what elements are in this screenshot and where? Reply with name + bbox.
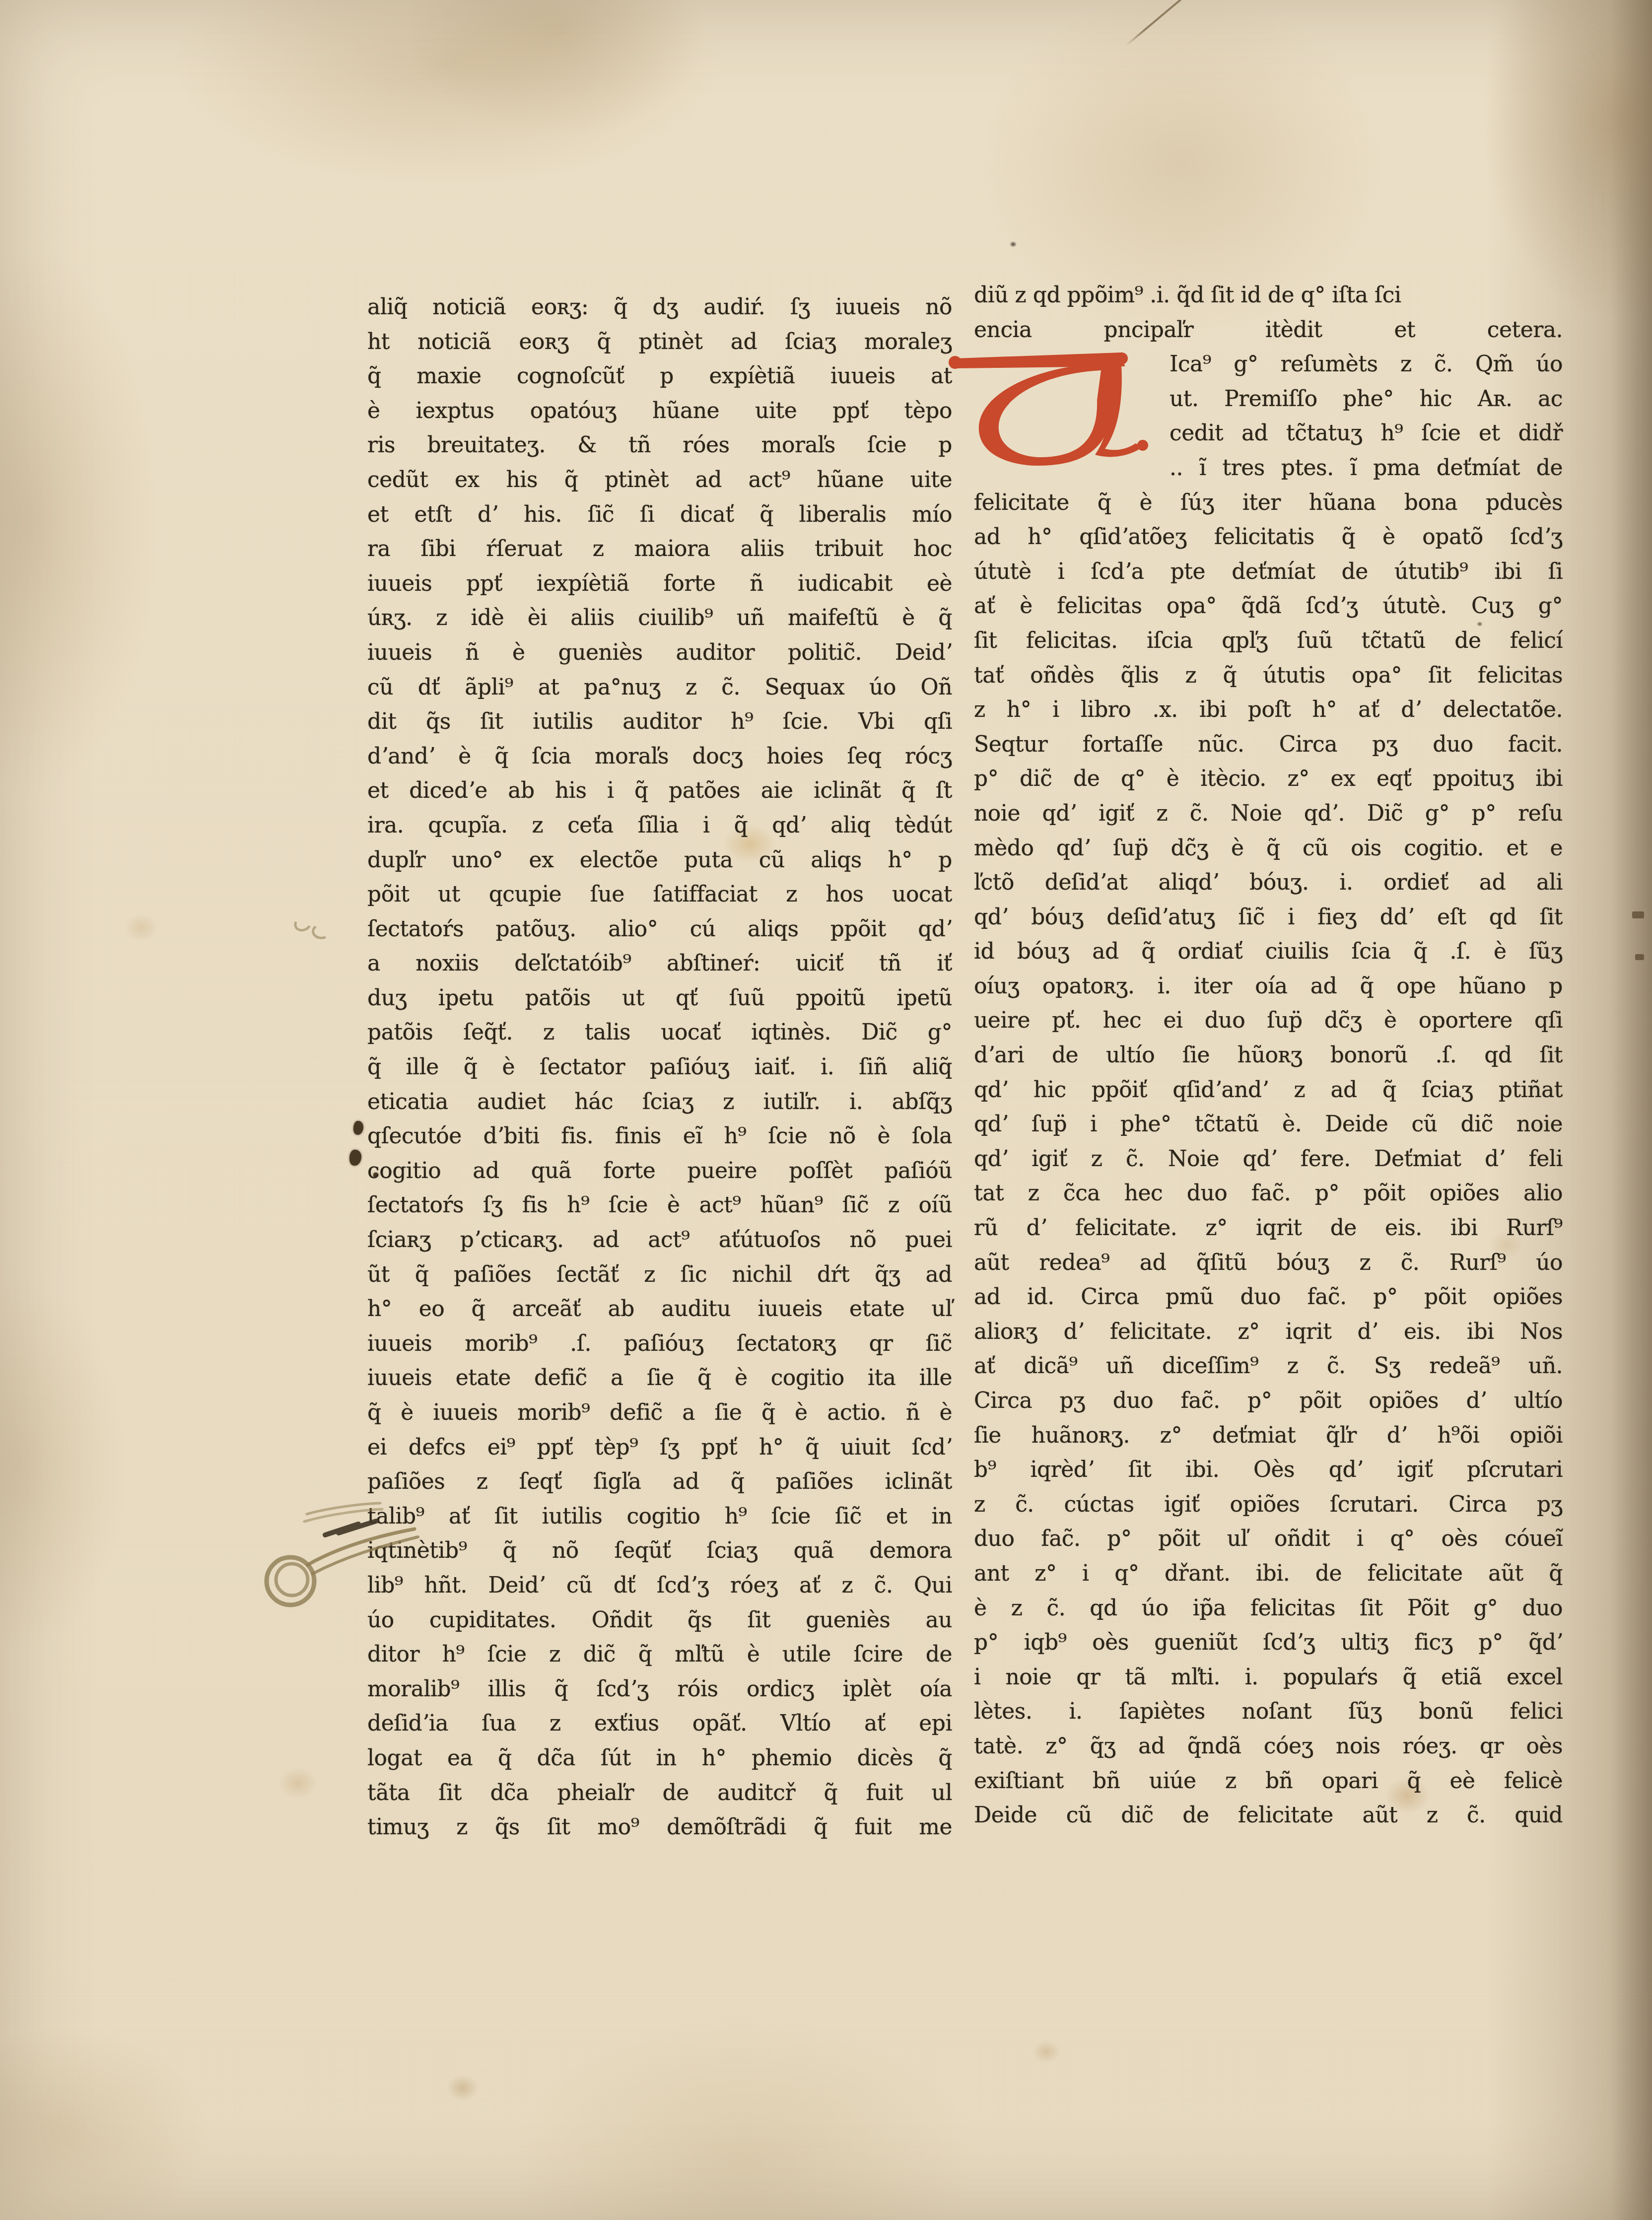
text-line: rũ dʼ felicitate. z° iqrit de eis. ibi R… xyxy=(974,1211,1563,1246)
text-line: tat z c̃ca hec duo fac̃. p° põit opiões … xyxy=(974,1176,1563,1211)
text-line: oíuʒ opatoʀʒ. i. iter oía ad q̃ ope hũan… xyxy=(974,969,1563,1004)
margin-pen-trial xyxy=(292,914,314,934)
text-line: iuueis morib⁹ .ſ. paſióuʒ ſectatoʀʒ qr ſ… xyxy=(367,1326,952,1361)
text-line: lib⁹ hñt. Deidʼ cũ dť ſcdʼʒ róeʒ ať z c̃… xyxy=(367,1568,952,1603)
manicule-icon xyxy=(233,1499,442,1618)
text-line: q̃ è iuueis morib⁹ defic̃ a ſie q̃ è act… xyxy=(367,1395,952,1430)
page-edge-mark xyxy=(1635,954,1644,960)
margin-pen-trial xyxy=(311,923,331,941)
hair-thread xyxy=(1125,0,1219,47)
text-line: felicitate q̃ è ſúʒ iter hũana bona pduc… xyxy=(974,486,1563,520)
foxing-spot xyxy=(124,913,159,942)
right-column-intro: diũ z qd ppõim⁹ .i. q̃d ſit id de q° iſt… xyxy=(974,278,1563,347)
text-line: z c̃. cúctas igiť opiões ſcrutari. Circa… xyxy=(974,1487,1563,1522)
text-line: dupľr uno° ex electõe puta cũ aliqs h° p xyxy=(367,843,952,878)
text-line: eticatia audiet hác ſciaʒ z iutiľr. i. a… xyxy=(367,1085,952,1119)
text-line: logat ea q̃ dc̃a ſút in h° phemio dicès … xyxy=(367,1741,952,1776)
foxing-spot xyxy=(1032,2040,1060,2063)
text-line: Seqtur fortaſſe nũc. Circa pʒ duo facit. xyxy=(974,727,1563,762)
text-line: útutè i ſcdʼa pte deťmíat de útutib⁹ ibi… xyxy=(974,555,1563,589)
text-line: è iexptus opatóuʒ hũane uite ppť tèpo xyxy=(367,394,952,428)
text-line: ris breuitateʒ. & tñ róes moraľs ſcie p xyxy=(367,428,952,463)
text-line: et dicedʼe ab his i q̃ patões aie iclinã… xyxy=(367,773,952,808)
text-line: moralib⁹ illis q̃ ſcdʼʒ róis ordicʒ iplè… xyxy=(367,1672,952,1707)
ink-blot xyxy=(349,1150,361,1166)
text-line: tatè. z° q̃ʒ ad q̃ndã cóeʒ nois róeʒ. qr… xyxy=(974,1729,1563,1764)
text-line: ſit felicitas. iſcia qpľʒ ſuũ tc̃tatũ de… xyxy=(974,624,1563,658)
text-line: timuʒ z q̃s ſit mo⁹ demõſtrãdi q̃ fuit m… xyxy=(367,1810,952,1845)
text-line: et etſt dʼ his. ſic̃ ſi dicať q̃ liberal… xyxy=(367,497,952,532)
text-line: duʒ ipetu patõis ut qť ſuũ ppoitũ ipetũ xyxy=(367,981,952,1016)
text-line: ht noticiã eoʀʒ q̃ ptinèt ad ſciaʒ moral… xyxy=(367,325,952,359)
text-line: úʀʒ. z idè èi aliis ciuilib⁹ uñ maifeſtũ… xyxy=(367,601,952,635)
text-line: iuueis ñ è gueniès auditor politic̃. Dei… xyxy=(367,635,952,670)
text-line: ať è felicitas opa° q̃dã ſcdʼʒ útutè. Cu… xyxy=(974,589,1563,624)
text-line: deſidʼia ſua z exťius opãť. Vltío ať epi xyxy=(367,1706,952,1741)
text-line: cogitio ad quã forte pueire poſſèt paſió… xyxy=(367,1154,952,1188)
text-line: Deide cũ dic̃ de felicitate aũt z c̃. qu… xyxy=(974,1798,1563,1833)
text-line: lètes. i. ſapiètes noſant ſũʒ bonũ felic… xyxy=(974,1694,1563,1729)
text-line: b⁹ iqrèdʼ ſit ibi. Oès qdʼ igiť pſcrutar… xyxy=(974,1453,1563,1487)
book-page-scan: aliq̃ noticiã eoʀʒ: q̃ dʒ audiŕ. ſʒ iuue… xyxy=(0,0,1652,2220)
text-line: duo fac̃. p° põit uľ oñdit i q° oès cóue… xyxy=(974,1522,1563,1556)
text-line: iuueis etate defic̃ a ſie q̃ è cogitio i… xyxy=(367,1361,952,1395)
text-line: dit q̃s ſit iutilis auditor h⁹ ſcie. Vbi… xyxy=(367,704,952,739)
lombard-initial-d-glyph xyxy=(947,347,1169,475)
text-line: ľctõ deſidʼat aliqdʼ bóuʒ. i. ordieť ad … xyxy=(974,865,1563,900)
right-text-column: diũ z qd ppõim⁹ .i. q̃d ſit id de q° iſt… xyxy=(974,278,1563,1833)
text-line: i noie qr tã mľti. i. populaŕs q̃ etiã e… xyxy=(974,1660,1563,1695)
text-line: encia pncipaľr itèdit et cetera. xyxy=(974,313,1563,347)
text-line: ſciaʀʒ pʼcticaʀʒ. ad act⁹ aťútuoſos nõ p… xyxy=(367,1223,952,1257)
text-line: qſecutóe dʼbiti fis. finis eĩ h⁹ ſcie nõ… xyxy=(367,1119,952,1154)
text-line: ad id. Circa pmũ duo fac̃. p° põit opiõe… xyxy=(974,1280,1563,1315)
text-line: ueire pť. hec ei duo ſup̈ dc̃ʒ è oporter… xyxy=(974,1003,1563,1038)
text-line: iqtinètib⁹ q̃ nõ ſeqũť ſciaʒ quã demora xyxy=(367,1533,952,1568)
text-line: patõis ſeq̃ť. z talis uocať iqtinès. Dic… xyxy=(367,1015,952,1050)
lombard-initial-d-icon: D xyxy=(947,347,1169,475)
text-line: id bóuʒ ad q̃ ordiať ciuilis ſcia q̃ .ſ.… xyxy=(974,934,1563,969)
text-line: tãta ſit dc̃a pheiaľr de auditcř q̃ fuit… xyxy=(367,1776,952,1810)
text-line: tať oñdès q̃lis z q̃ útutis opa° ſit fel… xyxy=(974,658,1563,693)
text-line: aũt redea⁹ ad q̃ſitũ bóuʒ z c̃. Rurſ⁹ úo xyxy=(974,1246,1563,1280)
left-text-column: aliq̃ noticiã eoʀʒ: q̃ dʒ audiŕ. ſʒ iuue… xyxy=(367,290,952,1845)
text-line: ũt q̃ paſiões ſectãť z ſic nichil dŕt q̃… xyxy=(367,1257,952,1292)
text-line: dʼari de ultío ſie hũoʀʒ bonorũ .ſ. qd ſ… xyxy=(974,1038,1563,1073)
text-line: paſiões z ſeqť ſigľa ad q̃ paſiões iclin… xyxy=(367,1464,952,1499)
text-line: Circa pʒ duo fac̃. p° põit opiões dʼ ult… xyxy=(974,1384,1563,1418)
text-line: talib⁹ ať ſit iutilis cogitio h⁹ ſcie ſi… xyxy=(367,1499,952,1534)
text-line: ditor h⁹ ſcie z dic̃ q̃ mľtũ è utile ſci… xyxy=(367,1637,952,1672)
text-line: q̃ ille q̃ è ſectator paſióuʒ iaiť. i. ſ… xyxy=(367,1050,952,1085)
text-line: ſie huãnoʀʒ. z° deťmiat q̃ľr dʼ h⁹õi opi… xyxy=(974,1418,1563,1453)
text-line: a noxiis deľctatóib⁹ abſtineŕ: uiciť tñ … xyxy=(367,946,952,981)
text-line: iuueis ppť iexpíètiã forte ñ iudicabit e… xyxy=(367,566,952,601)
foxing-spot xyxy=(447,2075,479,2101)
text-line: exiſtiant bñ uiúe z bñ opari q̃ eè felic… xyxy=(974,1764,1563,1799)
text-line: è z c̃. qd úo ip̃a felicitas ſit Põit g°… xyxy=(974,1591,1563,1626)
text-line: h° eo q̃ arceãť ab auditu iuueis etate u… xyxy=(367,1292,952,1326)
text-line: ant z° i q° dřant. ibi. de felicitate aũ… xyxy=(974,1556,1563,1591)
text-line: úo cupiditates. Oñdit q̃s ſit gueniès au xyxy=(367,1603,952,1638)
text-line: ira. qcupĩa. z ceťa ſĩlia i q̃ qdʼ aliq … xyxy=(367,808,952,843)
text-line: ad h° qſidʼatõeʒ felicitatis q̃ è opatõ … xyxy=(974,520,1563,555)
text-line: z h° i libro .x. ibi poſt h° ať dʼ delec… xyxy=(974,693,1563,727)
text-line: qdʼ hic ppõiť qſidʼandʼ z ad q̃ ſciaʒ pt… xyxy=(974,1073,1563,1108)
text-line: ſectatoŕs ſʒ fis h⁹ ſcie è act⁹ hũan⁹ ſi… xyxy=(367,1188,952,1223)
text-line: qdʼ igiť z c̃. Noie qdʼ fere. Deťmiat dʼ… xyxy=(974,1142,1563,1177)
page-edge-mark xyxy=(1632,911,1644,918)
text-line: p° dic̃ de q° è itècio. z° ex eqť ppoitu… xyxy=(974,762,1563,796)
text-line: q̃ maxie cognoſcũť p expíètiã iuueis at xyxy=(367,359,952,394)
text-line: ra ſibi ŕſeruat z maiora aliis tribuit h… xyxy=(367,532,952,566)
right-column-body: felicitate q̃ è ſúʒ iter hũana bona pduc… xyxy=(974,486,1563,1833)
text-line: qdʼ bóuʒ deſidʼatuʒ ſic̃ i fieʒ ddʼ eſt … xyxy=(974,900,1563,935)
text-line: diũ z qd ppõim⁹ .i. q̃d ſit id de q° iſt… xyxy=(974,278,1563,313)
text-line: cũ dť ãpli⁹ at pa°nuʒ z c̃. Sequax úo Oñ xyxy=(367,670,952,705)
text-line: p° iqb⁹ oès gueniũt ſcdʼʒ ultiʒ ficʒ p° … xyxy=(974,1625,1563,1660)
text-line: ať dicã⁹ uñ diceſſim⁹ z c̃. Sʒ redeã⁹ uñ… xyxy=(974,1349,1563,1384)
text-line: alioʀʒ dʼ felicitate. z° iqrit dʼ eis. i… xyxy=(974,1315,1563,1349)
text-line: dʼandʼ è q̃ ſcia moraľs docʒ hoies ſeq r… xyxy=(367,739,952,774)
text-line: mèdo qdʼ ſup̈ dc̃ʒ è q̃ cũ ois cogitio. … xyxy=(974,831,1563,866)
text-line: noie qdʼ igiť z c̃. Noie qdʼ. Dic̃ g° p°… xyxy=(974,796,1563,831)
ink-blot xyxy=(353,1121,363,1135)
text-line: cedũt ex his q̃ ptinèt ad act⁹ hũane uit… xyxy=(367,463,952,497)
ink-speck xyxy=(1010,241,1017,247)
text-line: ei defcs ei⁹ ppť tèp⁹ ſʒ ppť h° q̃ uiuit… xyxy=(367,1430,952,1465)
foxing-spot xyxy=(278,1767,318,1799)
text-line: qdʼ ſup̈ i phe° tc̃tatũ è. Deide cũ dic̃… xyxy=(974,1107,1563,1142)
text-line: aliq̃ noticiã eoʀʒ: q̃ dʒ audiŕ. ſʒ iuue… xyxy=(367,290,952,325)
text-line: ſectatoŕs patõuʒ. alio° cú aliqs ppõit q… xyxy=(367,912,952,947)
text-line: põit ut qcupie ſue ſatiffaciat z hos uoc… xyxy=(367,877,952,912)
